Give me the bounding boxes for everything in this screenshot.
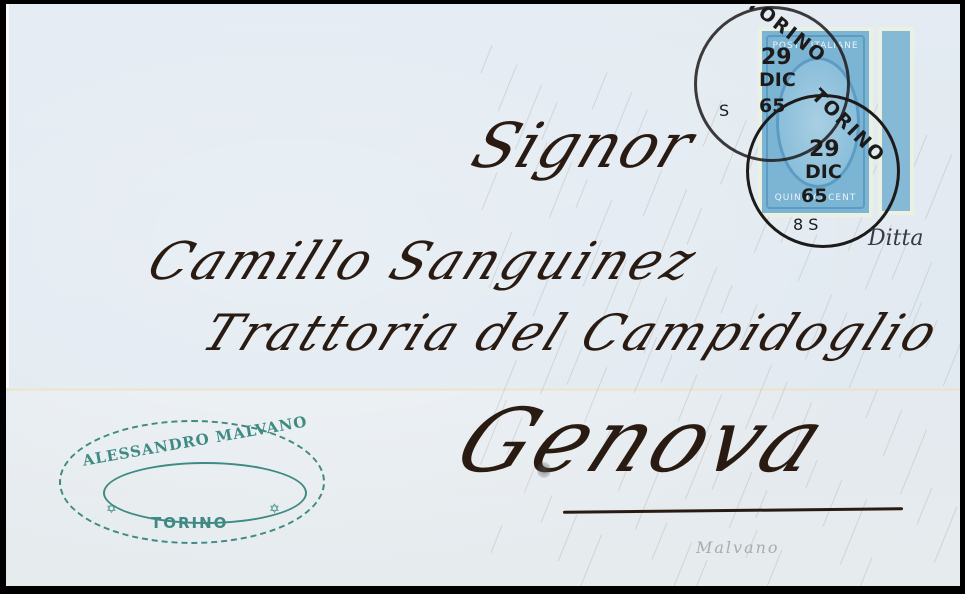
show-through-stroke (575, 534, 602, 586)
show-through-stroke (490, 525, 502, 553)
show-through-stroke (540, 495, 552, 523)
salutation: Signor (463, 109, 704, 182)
show-through-stroke (917, 487, 933, 524)
postmark-2: TORINO 29 DIC 65 8 S (746, 94, 900, 248)
postmark-year: 65 (801, 185, 827, 207)
postmark-day: 29 (761, 45, 792, 70)
star-icon: ✡ (106, 502, 117, 517)
pencil-annotation: Malvano (696, 538, 780, 557)
cachet-sender-name: ALESSANDRO MALVANO (81, 412, 309, 469)
show-through-stroke (900, 429, 927, 494)
show-through-stroke (652, 522, 668, 559)
show-through-stroke (755, 490, 767, 518)
destination-city: Genova (441, 389, 845, 492)
sender-cachet: ALESSANDRO MALVANO ✡ ✡ TORINO (59, 420, 325, 544)
recipient-name: Camillo Sanguinez (139, 232, 707, 292)
ink-blot (537, 462, 551, 478)
postmark-month: DIC (805, 161, 842, 183)
postmark-day: 29 (809, 137, 840, 162)
show-through-stroke (669, 542, 692, 586)
city-underline (563, 507, 903, 514)
fold-edge (6, 4, 9, 388)
show-through-stroke (883, 410, 903, 457)
show-through-stroke (695, 560, 707, 586)
show-through-stroke (865, 390, 877, 418)
show-through-stroke (857, 557, 873, 586)
recipient-establishment: Trattoria del Campidoglio (194, 304, 949, 362)
postmark-suffix: S (719, 101, 729, 120)
show-through-stroke (558, 515, 578, 562)
show-through-stroke (823, 480, 843, 527)
cachet-city: TORINO (151, 514, 228, 532)
postal-cover: POSTE ITALIANE QUINDICI CENT TORINO 29 D… (6, 4, 960, 586)
postmark-suffix: 8 S (793, 215, 818, 234)
show-through-stroke (934, 507, 957, 563)
postmark-month: DIC (759, 69, 796, 91)
pencil-signature: Ditta (868, 226, 923, 251)
star-icon: ✡ (269, 502, 280, 517)
